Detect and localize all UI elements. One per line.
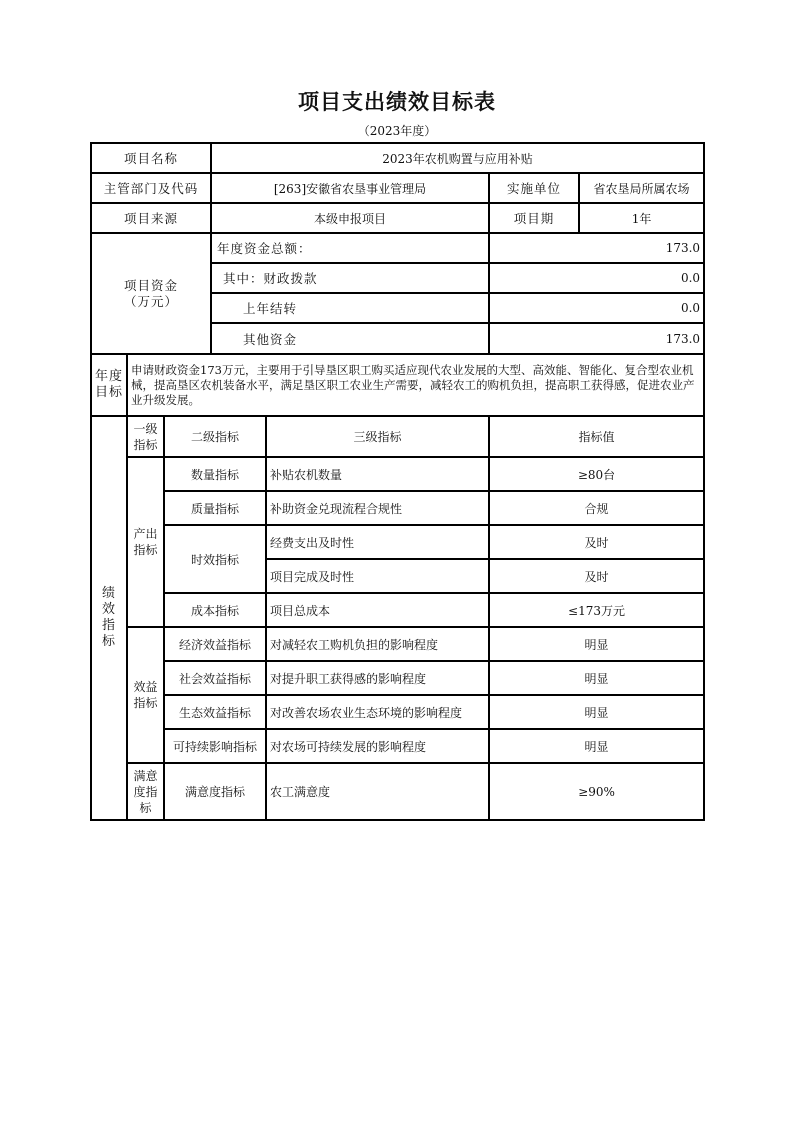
funding-total-label: 年度资金总额： <box>211 233 489 263</box>
header-value: 指标值 <box>489 416 704 457</box>
value-cell: 明显 <box>489 695 704 729</box>
annual-goal-row: 年度目标 申请财政资金173万元，主要用于引导垦区职工购买适应现代农业发展的大型… <box>91 354 704 416</box>
header-level1: 一级指标 <box>127 416 164 457</box>
level3-cell: 补助资金兑现流程合规性 <box>266 491 489 525</box>
level2-cell: 时效指标 <box>164 525 266 593</box>
value-cell: ≥90% <box>489 763 704 820</box>
indicator-row: 产出指标 数量指标 补贴农机数量 ≥80台 <box>91 457 704 491</box>
funding-row-total: 项目资金 （万元） 年度资金总额： 173.0 <box>91 233 704 263</box>
indicator-row: 效益指标 经济效益指标 对减轻农工购机负担的影响程度 明显 <box>91 627 704 661</box>
level2-cell: 满意度指标 <box>164 763 266 820</box>
group-output: 产出指标 <box>127 457 164 627</box>
annual-goal-text: 申请财政资金173万元，主要用于引导垦区职工购买适应现代农业发展的大型、高效能、… <box>127 354 704 416</box>
project-name-value: 2023年农机购置与应用补贴 <box>211 143 704 173</box>
indicator-row: 社会效益指标 对提升职工获得感的影响程度 明显 <box>91 661 704 695</box>
funding-carryover-label: 上年结转 <box>211 293 489 323</box>
indicator-row: 可持续影响指标 对农场可持续发展的影响程度 明显 <box>91 729 704 763</box>
department-value: [263]安徽省农垦事业管理局 <box>211 173 489 203</box>
level3-cell: 对农场可持续发展的影响程度 <box>266 729 489 763</box>
level3-cell: 补贴农机数量 <box>266 457 489 491</box>
period-label: 项目期 <box>489 203 579 233</box>
project-name-label: 项目名称 <box>91 143 211 173</box>
implementing-unit-value: 省农垦局所属农场 <box>579 173 704 203</box>
header-level2: 二级指标 <box>164 416 266 457</box>
level3-cell: 农工满意度 <box>266 763 489 820</box>
indicator-row: 生态效益指标 对改善农场农业生态环境的影响程度 明显 <box>91 695 704 729</box>
performance-target-table: 项目名称 2023年农机购置与应用补贴 主管部门及代码 [263]安徽省农垦事业… <box>90 142 705 821</box>
source-value: 本级申报项目 <box>211 203 489 233</box>
funding-fiscal-label: 其中：财政拨款 <box>211 263 489 293</box>
group-benefit: 效益指标 <box>127 627 164 763</box>
funding-other-label: 其他资金 <box>211 323 489 354</box>
level2-cell: 质量指标 <box>164 491 266 525</box>
level2-cell: 生态效益指标 <box>164 695 266 729</box>
department-row: 主管部门及代码 [263]安徽省农垦事业管理局 实施单位 省农垦局所属农场 <box>91 173 704 203</box>
funding-carryover-value: 0.0 <box>489 293 704 323</box>
header-level3: 三级指标 <box>266 416 489 457</box>
annual-goal-label: 年度目标 <box>91 354 127 416</box>
level3-cell: 经费支出及时性 <box>266 525 489 559</box>
value-cell: 合规 <box>489 491 704 525</box>
value-cell: ≥80台 <box>489 457 704 491</box>
level3-cell: 项目总成本 <box>266 593 489 627</box>
project-name-row: 项目名称 2023年农机购置与应用补贴 <box>91 143 704 173</box>
funding-fiscal-value: 0.0 <box>489 263 704 293</box>
value-cell: 明显 <box>489 627 704 661</box>
source-row: 项目来源 本级申报项目 项目期 1年 <box>91 203 704 233</box>
funding-label: 项目资金 （万元） <box>91 233 211 354</box>
indicator-row: 质量指标 补助资金兑现流程合规性 合规 <box>91 491 704 525</box>
level2-cell: 经济效益指标 <box>164 627 266 661</box>
level3-cell: 对减轻农工购机负担的影响程度 <box>266 627 489 661</box>
group-satisfaction: 满意度指标 <box>127 763 164 820</box>
funding-unit-text: （万元） <box>95 294 207 310</box>
performance-section-label: 绩效指标 <box>91 416 127 820</box>
level2-cell: 成本指标 <box>164 593 266 627</box>
value-cell: 明显 <box>489 661 704 695</box>
level2-cell: 可持续影响指标 <box>164 729 266 763</box>
funding-other-value: 173.0 <box>489 323 704 354</box>
funding-label-text: 项目资金 <box>95 278 207 294</box>
department-label: 主管部门及代码 <box>91 173 211 203</box>
period-value: 1年 <box>579 203 704 233</box>
document-title: 项目支出绩效目标表 <box>0 86 794 116</box>
value-cell: 及时 <box>489 559 704 593</box>
indicator-row: 满意度指标 满意度指标 农工满意度 ≥90% <box>91 763 704 820</box>
level3-cell: 对改善农场农业生态环境的影响程度 <box>266 695 489 729</box>
level3-cell: 对提升职工获得感的影响程度 <box>266 661 489 695</box>
implementing-unit-label: 实施单位 <box>489 173 579 203</box>
value-cell: 明显 <box>489 729 704 763</box>
level3-cell: 项目完成及时性 <box>266 559 489 593</box>
indicator-row: 时效指标 经费支出及时性 及时 <box>91 525 704 559</box>
source-label: 项目来源 <box>91 203 211 233</box>
document-year: （2023年度） <box>0 122 794 139</box>
level2-cell: 社会效益指标 <box>164 661 266 695</box>
indicator-row: 成本指标 项目总成本 ≤173万元 <box>91 593 704 627</box>
level2-cell: 数量指标 <box>164 457 266 491</box>
value-cell: 及时 <box>489 525 704 559</box>
funding-total-value: 173.0 <box>489 233 704 263</box>
value-cell: ≤173万元 <box>489 593 704 627</box>
indicator-header-row: 绩效指标 一级指标 二级指标 三级指标 指标值 <box>91 416 704 457</box>
